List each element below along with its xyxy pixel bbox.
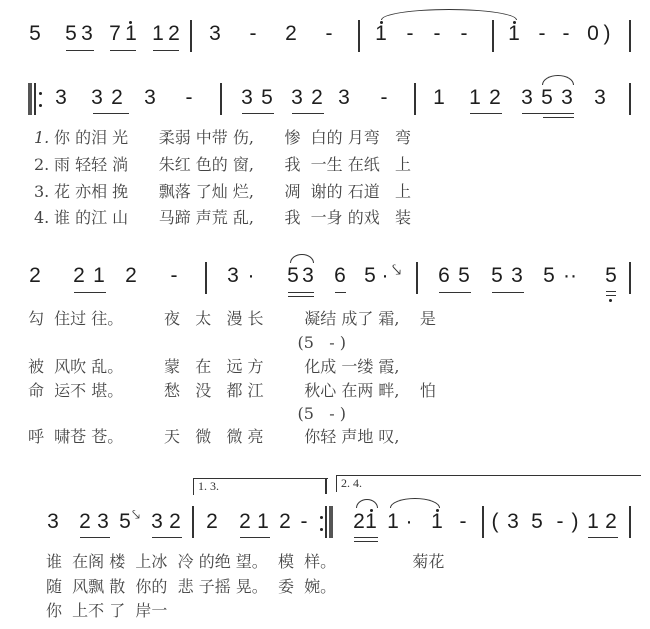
lyric-line: 谁 在阁 楼 上冰 冷 的绝 望。 模 样。 菊花 [46, 552, 444, 572]
note: - [246, 22, 260, 46]
underline [439, 292, 471, 293]
note: 1 [92, 264, 106, 288]
underline [66, 50, 94, 51]
volta-1: 1. 3. [193, 478, 328, 495]
underline [80, 537, 110, 538]
note: 2 [28, 264, 42, 288]
underline [93, 113, 129, 114]
note: 5 [28, 22, 42, 46]
barline [358, 20, 360, 52]
note: 5 [286, 264, 300, 288]
paren: ) [568, 510, 582, 534]
barline [190, 20, 192, 52]
note: 5 [530, 510, 544, 534]
underline [522, 113, 574, 114]
lyric-line: 勾 住过 往。 夜 太 漫 长 凝结 成了 霜, 是 [28, 309, 436, 329]
note: 2 [124, 264, 138, 288]
barline [414, 83, 416, 115]
note: - [403, 22, 417, 46]
note: 1 [430, 510, 444, 534]
volta-2-label: 2. 4. [341, 476, 362, 490]
dot-rhythm: · [378, 264, 392, 288]
high-dot [380, 21, 383, 24]
repeat-dot [320, 516, 323, 519]
note: 2 [110, 86, 124, 110]
note: - [430, 22, 444, 46]
lyric-line: 被 风吹 乱。 蒙 在 远 方 化成 一缕 霞, [28, 357, 400, 377]
note: 3 [226, 264, 240, 288]
note: 3 [143, 86, 157, 110]
slur [290, 254, 314, 263]
note: 1 [386, 510, 400, 534]
note: 1 [151, 22, 165, 46]
verse-number: 2. [34, 155, 49, 175]
lyric-line: 呼 啸苍 苍。 天 微 微 亮 你轻 声地 叹, [28, 427, 400, 447]
barline [629, 262, 631, 294]
note: 6 [333, 264, 347, 288]
barline [220, 83, 222, 115]
repeat-dot [39, 104, 42, 107]
note: 2 [238, 510, 252, 534]
note: 5 [542, 264, 556, 288]
slur [542, 75, 574, 85]
underline [110, 50, 136, 51]
underline [152, 537, 182, 538]
underline [242, 113, 274, 114]
dot-rhythm: · [402, 510, 416, 534]
note: 3 [208, 22, 222, 46]
note: 3 [301, 264, 315, 288]
note: 2 [310, 86, 324, 110]
low-dot [609, 299, 612, 302]
lyric-line: 花 亦相 挽 飘落 了灿 烂, 凋 谢的 石道 上 [54, 182, 411, 202]
note: - [553, 510, 567, 534]
note: 3 [290, 86, 304, 110]
high-dot [129, 21, 132, 24]
note: 5 [64, 22, 78, 46]
note: 3 [46, 510, 60, 534]
note: 3 [520, 86, 534, 110]
note: 3 [90, 86, 104, 110]
breath-mark-icon: ⤥ [392, 262, 401, 280]
underline [288, 292, 314, 293]
barline [416, 262, 418, 294]
slur [356, 499, 378, 508]
underline [292, 113, 324, 114]
note: 2 [488, 86, 502, 110]
note: 2 [205, 510, 219, 534]
note: 1 [468, 86, 482, 110]
dot-rhythm: ·· [559, 264, 581, 288]
note: 2 [604, 510, 618, 534]
underline [492, 292, 524, 293]
dot-rhythm: · [244, 264, 258, 288]
underline [153, 50, 179, 51]
volta-1-label: 1. 3. [198, 479, 219, 493]
note: 7 [108, 22, 122, 46]
underline [470, 113, 502, 114]
barline [205, 262, 207, 294]
note: 1 [124, 22, 138, 46]
lyric-line: 谁 的江 山 马蹄 声荒 乱, 我 一身 的戏 装 [54, 208, 411, 228]
note: 3 [510, 264, 524, 288]
repeat-start-thick [28, 83, 32, 115]
barline [192, 506, 194, 538]
note: 6 [437, 264, 451, 288]
note: 2 [72, 264, 86, 288]
note: - [322, 22, 336, 46]
note: - [456, 510, 470, 534]
note: 5 [540, 86, 554, 110]
underline-2 [288, 296, 314, 297]
barline [325, 506, 327, 538]
underline [240, 537, 270, 538]
high-dot [436, 509, 439, 512]
note: 1 [374, 22, 388, 46]
barline [492, 20, 494, 52]
note: - [182, 86, 196, 110]
paren: ) [600, 22, 614, 46]
barline [629, 506, 631, 538]
lyric-line: 随 风飘 散 你的 悲 子摇 晃。 委 婉。 [46, 577, 336, 597]
high-dot [513, 21, 516, 24]
barline [629, 83, 631, 115]
note: 3 [337, 86, 351, 110]
paren: ( [488, 510, 502, 534]
volta-2: 2. 4. [336, 475, 641, 492]
note: 3 [506, 510, 520, 534]
lyric-line: 命 运不 堪。 愁 没 都 江 秋心 在两 畔, 怕 [28, 381, 436, 401]
note: 3 [54, 86, 68, 110]
underline [588, 537, 618, 538]
note: 2 [278, 510, 292, 534]
verse-number: 3. [34, 182, 49, 202]
note: 5 [490, 264, 504, 288]
lyric-line: 雨 轻轻 淌 朱红 色的 窗, 我 一生 在纸 上 [54, 155, 411, 175]
underline-2 [354, 541, 378, 542]
barline [482, 506, 484, 538]
barline [629, 20, 631, 52]
repeat-dot [39, 92, 42, 95]
note: 5 [260, 86, 274, 110]
note: 3 [240, 86, 254, 110]
note: - [559, 22, 573, 46]
note: 5 [363, 264, 377, 288]
underline-2 [606, 295, 616, 296]
underline [606, 291, 616, 292]
note: 1 [586, 510, 600, 534]
verse-number: 1. [34, 128, 49, 148]
lyric-line: (5 - ) [28, 404, 346, 424]
barline [34, 83, 36, 115]
note: 3 [593, 86, 607, 110]
lyric-line: (5 - ) [28, 333, 346, 353]
tie [381, 9, 517, 20]
note: 2 [78, 510, 92, 534]
note: 2 [168, 510, 182, 534]
breath-mark-icon: ⤥ [132, 506, 140, 523]
note: 5 [118, 510, 132, 534]
note: 3 [150, 510, 164, 534]
note: 1 [364, 510, 378, 534]
note: 3 [560, 86, 574, 110]
note: 3 [80, 22, 94, 46]
note: - [535, 22, 549, 46]
underline [74, 292, 106, 293]
note: - [457, 22, 471, 46]
note: 1 [507, 22, 521, 46]
volta-1-end [325, 478, 327, 494]
note: 2 [167, 22, 181, 46]
note: - [167, 264, 181, 288]
lyric-line: 你 的泪 光 柔弱 中带 伤, 惨 白的 月弯 弯 [54, 128, 411, 148]
note: - [297, 510, 311, 534]
repeat-end-thick [329, 506, 333, 538]
note: 3 [96, 510, 110, 534]
underline [354, 537, 378, 538]
note: 1 [256, 510, 270, 534]
underline [335, 292, 346, 293]
note: 1 [432, 86, 446, 110]
verse-number: 4. [34, 208, 49, 228]
high-dot [370, 509, 373, 512]
repeat-dot [320, 528, 323, 531]
note: - [377, 86, 391, 110]
note: 2 [284, 22, 298, 46]
note: 5 [457, 264, 471, 288]
lyric-line: 你 上不 了 岸一 [46, 601, 167, 621]
note: 0 [586, 22, 600, 46]
underline-2 [543, 117, 574, 118]
note: 5 [604, 264, 618, 288]
tie [390, 498, 440, 508]
